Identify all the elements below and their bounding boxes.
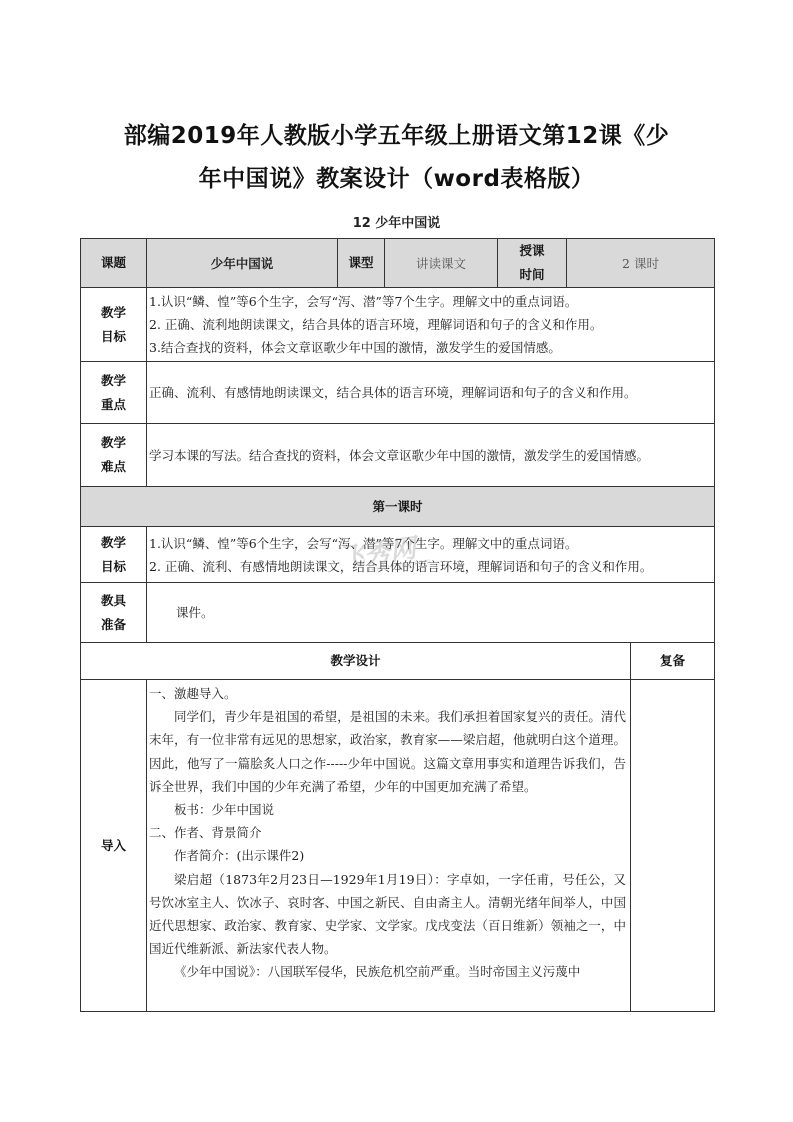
lesson1-objectives-content: 1.认识“鳞、惶”等6个生字，会写“泻、潜”等7个生字。理解文中的重点词语。 2…: [147, 527, 715, 583]
lesson1-heading: 第一课时: [81, 487, 715, 527]
lesson1-objectives-label-line-1: 教学: [81, 531, 146, 555]
time-label-line-1: 授课: [498, 239, 566, 263]
design-heading: 教学设计: [81, 643, 631, 680]
difficulties-content: 学习本课的写法。结合查找的资料，体会文章讴歌少年中国的激情，激发学生的爱国情感。: [147, 424, 715, 487]
lesson1-objectives-label: 教学 目标: [81, 527, 147, 583]
review-cell: [631, 680, 715, 1012]
review-heading: 复备: [631, 643, 715, 680]
time-value: 2 课时: [567, 239, 715, 288]
intro-row: 导入 一、激趣导入。 同学们，青少年是祖国的希望，是祖国的未来。我们承担着国家复…: [81, 680, 715, 1012]
topic-label: 课题: [81, 239, 147, 288]
objective-item: 2. 正确、流利地朗读课文，结合具体的语言环境，理解词语和句子的含义和作用。: [149, 313, 714, 336]
intro-label: 导入: [81, 680, 147, 1012]
lesson1-heading-row: 第一课时: [81, 487, 715, 527]
intro-paragraph: 《少年中国说》：八国联军侵华，民族危机空前严重。当时帝国主义污蔑中: [149, 960, 626, 983]
key-points-text: 正确、流利、有感情地朗读课文，结合具体的语言环境，理解词语和句子的含义和作用。: [149, 381, 714, 404]
key-points-label-line-2: 重点: [81, 393, 146, 417]
difficulties-row: 教学 难点 学习本课的写法。结合查找的资料，体会文章讴歌少年中国的激情，激发学生…: [81, 424, 715, 487]
topic-value: 少年中国说: [147, 239, 338, 288]
type-label: 课型: [338, 239, 385, 288]
difficulties-label: 教学 难点: [81, 424, 147, 487]
objective-item: 1.认识“鳞、惶”等6个生字，会写“泻、潜”等7个生字。理解文中的重点词语。: [149, 290, 714, 313]
key-points-label: 教学 重点: [81, 362, 147, 424]
materials-content: 课件。: [147, 583, 715, 643]
materials-text: 课件。: [176, 601, 714, 624]
header-row: 课题 少年中国说 课型 讲读课文 授课 时间 2 课时: [81, 239, 715, 288]
time-label-line-2: 时间: [498, 263, 566, 287]
lesson1-objectives-row: 教学 目标 1.认识“鳞、惶”等6个生字，会写“泻、潜”等7个生字。理解文中的重…: [81, 527, 715, 583]
objectives-label-line-2: 目标: [81, 325, 146, 349]
objective-item: 2. 正确、流利、有感情地朗读课文，结合具体的语言环境，理解词语和句子的含义和作…: [149, 555, 714, 578]
key-points-content: 正确、流利、有感情地朗读课文，结合具体的语言环境，理解词语和句子的含义和作用。: [147, 362, 715, 424]
time-label: 授课 时间: [498, 239, 567, 288]
objective-item: 1.认识“鳞、惶”等6个生字，会写“泻、潜”等7个生字。理解文中的重点词语。: [149, 532, 714, 555]
document-title-line-2: 年中国说》教案设计（word表格版）: [80, 160, 713, 193]
intro-paragraph: 板书：少年中国说: [149, 798, 626, 821]
type-value: 讲读课文: [385, 239, 498, 288]
objectives-content: 1.认识“鳞、惶”等6个生字，会写“泻、潜”等7个生字。理解文中的重点词语。 2…: [147, 288, 715, 362]
difficulties-label-line-2: 难点: [81, 455, 146, 479]
difficulties-text: 学习本课的写法。结合查找的资料，体会文章讴歌少年中国的激情，激发学生的爱国情感。: [149, 444, 714, 467]
intro-paragraph: 作者简介：(出示课件2): [149, 844, 626, 867]
difficulties-label-line-1: 教学: [81, 431, 146, 455]
intro-paragraph: 同学们，青少年是祖国的希望，是祖国的未来。我们承担着国家复兴的责任。清代末年，有…: [149, 705, 626, 798]
lesson-plan-table: 课题 少年中国说 课型 讲读课文 授课 时间 2 课时 教学 目标 1.认识“鳞…: [80, 238, 715, 1012]
document-title-line-1: 部编2019年人教版小学五年级上册语文第12课《少: [80, 117, 713, 150]
key-points-label-line-1: 教学: [81, 369, 146, 393]
materials-label-line-1: 教具: [81, 589, 146, 613]
materials-row: 教具 准备 课件。: [81, 583, 715, 643]
intro-paragraph: 梁启超（1873年2月23日—1929年1月19日）：字卓如，一字任甫，号任公，…: [149, 868, 626, 961]
materials-label: 教具 准备: [81, 583, 147, 643]
intro-paragraph: 二、作者、背景简介: [149, 821, 626, 844]
objectives-label: 教学 目标: [81, 288, 147, 362]
key-points-row: 教学 重点 正确、流利、有感情地朗读课文，结合具体的语言环境，理解词语和句子的含…: [81, 362, 715, 424]
intro-paragraph: 一、激趣导入。: [149, 682, 626, 705]
lesson1-objectives-label-line-2: 目标: [81, 555, 146, 579]
design-heading-row: 教学设计 复备: [81, 643, 715, 680]
materials-label-line-2: 准备: [81, 613, 146, 637]
intro-content: 一、激趣导入。 同学们，青少年是祖国的希望，是祖国的未来。我们承担着国家复兴的责…: [147, 680, 631, 1012]
lesson-subtitle: 12 少年中国说: [80, 212, 713, 231]
objective-item: 3.结合查找的资料，体会文章讴歌少年中国的激情，激发学生的爱国情感。: [149, 336, 714, 359]
objectives-label-line-1: 教学: [81, 301, 146, 325]
objectives-row: 教学 目标 1.认识“鳞、惶”等6个生字，会写“泻、潜”等7个生字。理解文中的重…: [81, 288, 715, 362]
